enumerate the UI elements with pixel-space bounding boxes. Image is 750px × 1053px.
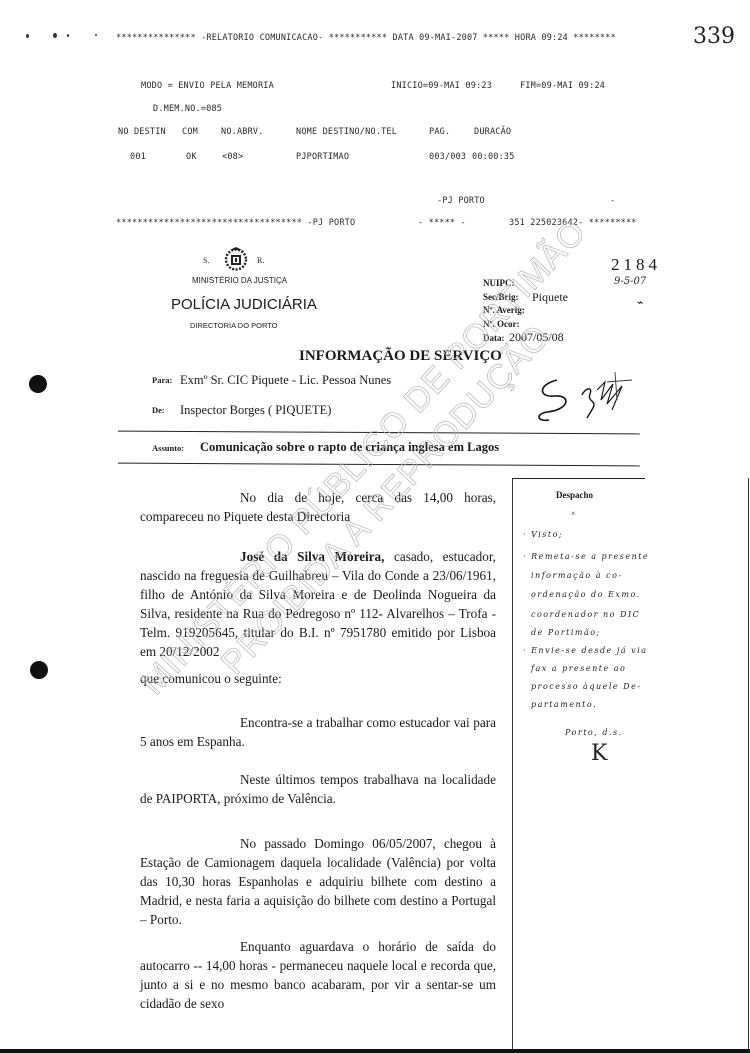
scan-speck	[95, 34, 97, 36]
despacho-column-border-right	[748, 478, 749, 1053]
handwritten-stamp-date: 9-5-07	[614, 276, 646, 287]
handwritten-note-line: partamento.	[531, 700, 597, 709]
paragraph-text: Encontra-se a trabalhar como estucador v…	[140, 713, 496, 751]
col-header-duracao: DURACÃO	[474, 127, 511, 137]
paragraph-text: No passado Domingo 06/05/2007, chegou à …	[140, 834, 496, 929]
handwritten-note-line: ordenação do Exmo.	[531, 590, 641, 599]
despacho-title: Despacho	[556, 490, 593, 500]
fax-end-time: FIM=09-MAI 09:24	[520, 81, 605, 91]
handwritten-note-line: fax a presente ao	[531, 664, 626, 673]
handwritten-note-line: · Envie-se desde já via	[523, 646, 647, 655]
cell-nome-destino: PJPORTIMAO	[296, 152, 349, 162]
scan-speck	[26, 34, 29, 38]
fax-header-line: *************** -RELATORIO COMUNICACAO- …	[116, 33, 616, 43]
body-paragraph-7: Enquanto aguardava o horário de saída do…	[140, 937, 496, 1013]
assunto-label: Assunto:	[152, 443, 184, 453]
incoming-stamp-number: 2184	[611, 255, 661, 275]
col-header-no-abrv: NO.ABRV.	[221, 127, 264, 137]
cell-no-destin: 001	[130, 152, 146, 162]
handwritten-note-line: · Visto;	[523, 530, 563, 539]
fax-start-time: INICIO=09-MAI 09:23	[391, 81, 492, 91]
despacho-marker: ×	[571, 509, 576, 518]
agency-name: POLÍCIA JUDICIÁRIA	[171, 296, 317, 313]
signature	[527, 360, 647, 430]
scan-bottom-edge	[0, 1049, 750, 1053]
despacho-top-border	[512, 478, 645, 479]
paragraph-text: Neste últimos tempos trabalhava na local…	[140, 770, 496, 808]
cell-com: OK	[186, 152, 197, 162]
despacho-column-border	[512, 478, 513, 1053]
handwritten-page-number: 339	[693, 24, 735, 49]
para-label: Para:	[152, 375, 172, 385]
seal-letter-r: R.	[257, 256, 264, 265]
body-paragraph-3: que comunicou o seguinte:	[140, 669, 496, 688]
directorate-name: DIRECTORIA DO PORTO	[190, 321, 278, 330]
body-paragraph-4: Encontra-se a trabalhar como estucador v…	[140, 713, 496, 751]
body-paragraph-6: No passado Domingo 06/05/2007, chegou à …	[140, 834, 496, 929]
col-header-com: COM	[182, 127, 198, 137]
para-value: Exmº Sr. CIC Piquete - Lic. Pessoa Nunes	[180, 373, 391, 388]
fax-mode: MODO = ENVIO PELA MEMORIA	[141, 81, 274, 91]
fax-footer-stars: *********************************** -PJ …	[116, 218, 355, 228]
ministry-name: MINISTÉRIO DA JUSTIÇA	[192, 276, 287, 285]
punch-hole-top	[29, 375, 47, 393]
handwritten-note-line: coordenador no DIC	[531, 610, 640, 619]
handwritten-place-date: Porto, d.s.	[565, 728, 623, 737]
seal-letter-s: S.	[203, 256, 209, 265]
fax-memory-number: D.MEM.NO.=085	[153, 104, 222, 114]
de-label: De:	[152, 405, 165, 415]
fax-footer-mid: - ***** -	[418, 218, 466, 228]
handwritten-note-line: informação à co-	[531, 571, 623, 580]
cell-pag: 003/003	[429, 152, 466, 162]
cell-no-abrv: <08>	[222, 152, 243, 162]
handwritten-note-line: de Portimão;	[531, 628, 601, 637]
paragraph-text: que comunicou o seguinte:	[140, 669, 496, 688]
scan-speck	[53, 33, 57, 38]
scan-speck	[67, 34, 69, 37]
coat-of-arms-icon	[220, 247, 252, 272]
handwritten-initials: K	[591, 741, 607, 766]
col-header-no-destin: NO DESTIN	[118, 127, 166, 137]
handwritten-note-line: processo àquele De-	[531, 682, 642, 691]
punch-hole-bottom	[30, 661, 48, 679]
handwritten-note-line: · Remeta-se a presente	[523, 552, 649, 561]
cell-duracao: 00:00:35	[472, 152, 515, 162]
fax-sender-dash: -	[610, 196, 615, 206]
fax-sender: -PJ PORTO	[437, 196, 485, 206]
col-header-pag: PAG.	[429, 127, 450, 137]
col-header-nome-destino: NOME DESTINO/NO.TEL	[296, 127, 397, 137]
handwritten-initial: ⌁	[636, 296, 643, 309]
de-value: Inspector Borges ( PIQUETE)	[180, 403, 331, 418]
paragraph-text: Enquanto aguardava o horário de saída do…	[140, 937, 496, 1013]
body-paragraph-5: Neste últimos tempos trabalhava na local…	[140, 770, 496, 808]
